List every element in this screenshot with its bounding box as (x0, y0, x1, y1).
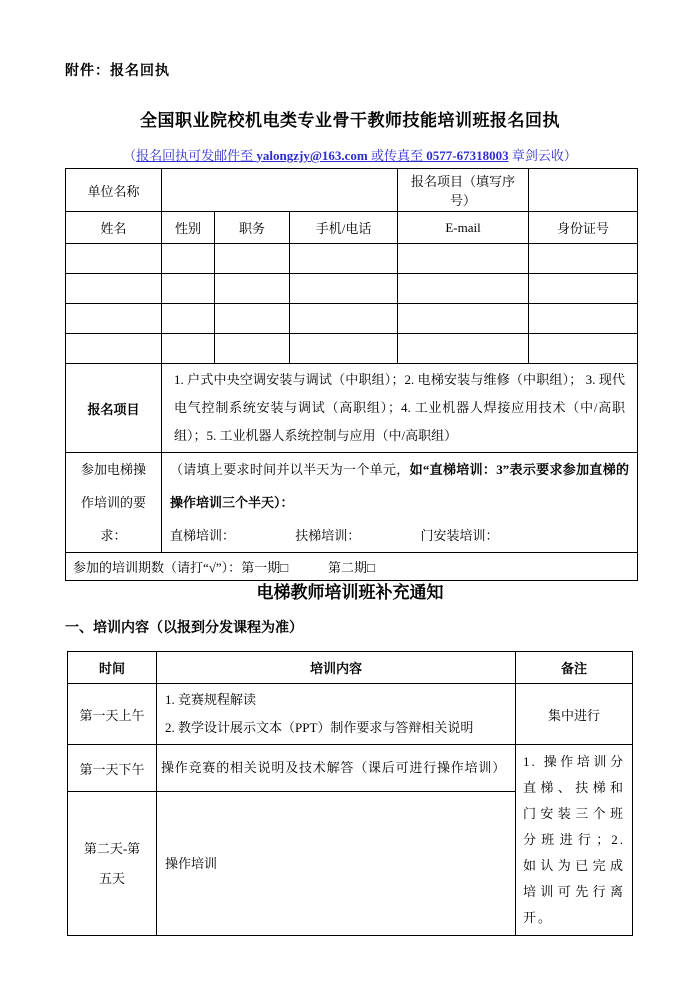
schedule-row-day1-morning: 第一天上午 1. 竞赛规程解读 2. 教学设计展示文本（PPT）制作要求与答辩相… (68, 684, 633, 745)
blank-cell (529, 304, 638, 334)
page-title: 全国职业院校机电类专业骨干教师技能培训班报名回执 (0, 106, 700, 131)
col-header-name: 姓名 (66, 212, 162, 244)
training-period-row: 参加的培训期数（请打“√”）：第一期□第二期□ (66, 553, 638, 581)
blank-cell (66, 304, 162, 334)
col-header-id: 身份证号 (529, 212, 638, 244)
blank-cell (215, 244, 290, 274)
schedule-time: 第二天-第 五天 (68, 792, 157, 936)
blank-cell (162, 274, 215, 304)
field-door-install: 门安装培训： (421, 528, 499, 543)
contact-close-paren: ） (564, 148, 577, 163)
email-link[interactable]: yalongzjy@163.com (256, 148, 367, 163)
project-options-row: 报名项目 1. 户式中央空调安装与调试（中职组）；2. 电梯安装与维修（中职组）… (66, 364, 638, 453)
registration-form-table: 单位名称 报名项目（填写序号） 姓名 性别 职务 手机/电话 E-mail 身份… (65, 168, 638, 581)
period-option-1: 第一期□ (241, 560, 288, 575)
blank-cell (215, 334, 290, 364)
blank-cell (290, 274, 398, 304)
blank-cell (162, 244, 215, 274)
col-header-position: 职务 (215, 212, 290, 244)
blank-cell (290, 334, 398, 364)
blank-entry-row (66, 274, 638, 304)
schedule-time: 第一天上午 (68, 684, 157, 745)
schedule-content-line: 1. 竞赛规程解读 (165, 686, 507, 714)
training-schedule-table: 时间 培训内容 备注 第一天上午 1. 竞赛规程解读 2. 教学设计展示文本（P… (67, 651, 633, 936)
blank-entry-row (66, 304, 638, 334)
blank-cell (162, 334, 215, 364)
fax-number: 0577-67318003 (426, 148, 508, 163)
blank-cell (290, 244, 398, 274)
project-row-label: 报名项目 (66, 364, 162, 453)
contact-open-paren: （ (123, 148, 136, 163)
schedule-content-line: 2. 教学设计展示文本（PPT）制作要求与答辩相关说明 (165, 714, 507, 742)
elevator-fields: 直梯培训： 扶梯培训： 门安装培训： (170, 519, 629, 552)
col-header-email: E-mail (398, 212, 529, 244)
elevator-requirement-cell: （请填上要求时间并以半天为一个单元，如“直梯培训：3”表示要求参加直梯的操作培训… (162, 453, 638, 553)
unit-name-value-cell (162, 169, 398, 212)
period-label: 参加的培训期数（请打“√”）： (73, 560, 241, 575)
unit-name-label: 单位名称 (66, 169, 162, 212)
elevator-row-label: 参加电梯操作培训的要求： (66, 453, 162, 553)
schedule-row-day1-afternoon: 第一天下午 操作竞赛的相关说明及技术解答（课后可进行操作培训） 1. 操作培训分… (68, 745, 633, 792)
project-no-label: 报名项目（填写序号） (398, 169, 529, 212)
blank-cell (215, 304, 290, 334)
field-straight-elevator: 直梯培训： (170, 528, 235, 543)
blank-cell (398, 274, 529, 304)
period-option-2: 第二期□ (328, 560, 375, 575)
schedule-content-cell: 1. 竞赛规程解读 2. 教学设计展示文本（PPT）制作要求与答辩相关说明 (157, 684, 516, 745)
schedule-col-content: 培训内容 (157, 652, 516, 684)
document-page: 附件：报名回执 全国职业院校机电类专业骨干教师技能培训班报名回执 （报名回执可发… (0, 0, 700, 990)
schedule-note: 集中进行 (516, 684, 633, 745)
blank-cell (398, 244, 529, 274)
schedule-merged-note: 1. 操作培训分直梯、扶梯和门安装三个班分班进行；2. 如认为已完成培训可先行离… (516, 745, 633, 936)
project-options-text: 1. 户式中央空调安装与调试（中职组）；2. 电梯安装与维修（中职组）； 3. … (167, 366, 632, 450)
elevator-requirement-row: 参加电梯操作培训的要求： （请填上要求时间并以半天为一个单元，如“直梯培训：3”… (66, 453, 638, 553)
blank-cell (66, 334, 162, 364)
project-options-cell: 1. 户式中央空调安装与调试（中职组）；2. 电梯安装与维修（中职组）； 3. … (162, 364, 638, 453)
schedule-header-row: 时间 培训内容 备注 (68, 652, 633, 684)
contact-mail-prefix: 报名回执可发邮件至 (136, 148, 256, 163)
attachment-label: 附件：报名回执 (65, 60, 170, 80)
contact-fax-prefix: 或传真至 (368, 148, 427, 163)
blank-cell (66, 274, 162, 304)
blank-cell (529, 334, 638, 364)
training-period-cell: 参加的培训期数（请打“√”）：第一期□第二期□ (66, 553, 638, 581)
column-header-row: 姓名 性别 职务 手机/电话 E-mail 身份证号 (66, 212, 638, 244)
project-no-value-cell (529, 169, 638, 212)
blank-entry-row (66, 244, 638, 274)
blank-cell (66, 244, 162, 274)
blank-cell (290, 304, 398, 334)
schedule-col-time: 时间 (68, 652, 157, 684)
col-header-gender: 性别 (162, 212, 215, 244)
blank-cell (162, 304, 215, 334)
elevator-note: （请填上要求时间并以半天为一个单元，如“直梯培训：3”表示要求参加直梯的操作培训… (170, 453, 629, 519)
contact-recipient: 章剑云收 (509, 148, 564, 163)
schedule-content-cell: 操作培训 (157, 792, 516, 936)
blank-cell (529, 274, 638, 304)
col-header-phone: 手机/电话 (290, 212, 398, 244)
schedule-col-note: 备注 (516, 652, 633, 684)
schedule-time: 第一天下午 (68, 745, 157, 792)
blank-cell (398, 304, 529, 334)
field-escalator: 扶梯培训： (295, 528, 360, 543)
notice-title: 电梯教师培训班补充通知 (0, 578, 700, 603)
contact-line: （报名回执可发邮件至 yalongzjy@163.com 或传真至 0577-6… (0, 145, 700, 164)
blank-cell (398, 334, 529, 364)
blank-cell (215, 274, 290, 304)
elevator-note-regular: （请填上要求时间并以半天为一个单元， (170, 462, 410, 477)
unit-name-row: 单位名称 报名项目（填写序号） (66, 169, 638, 212)
section-heading: 一、培训内容（以报到分发课程为准） (65, 617, 303, 637)
blank-entry-row (66, 334, 638, 364)
blank-cell (529, 244, 638, 274)
schedule-content-cell: 操作竞赛的相关说明及技术解答（课后可进行操作培训） (157, 745, 516, 792)
